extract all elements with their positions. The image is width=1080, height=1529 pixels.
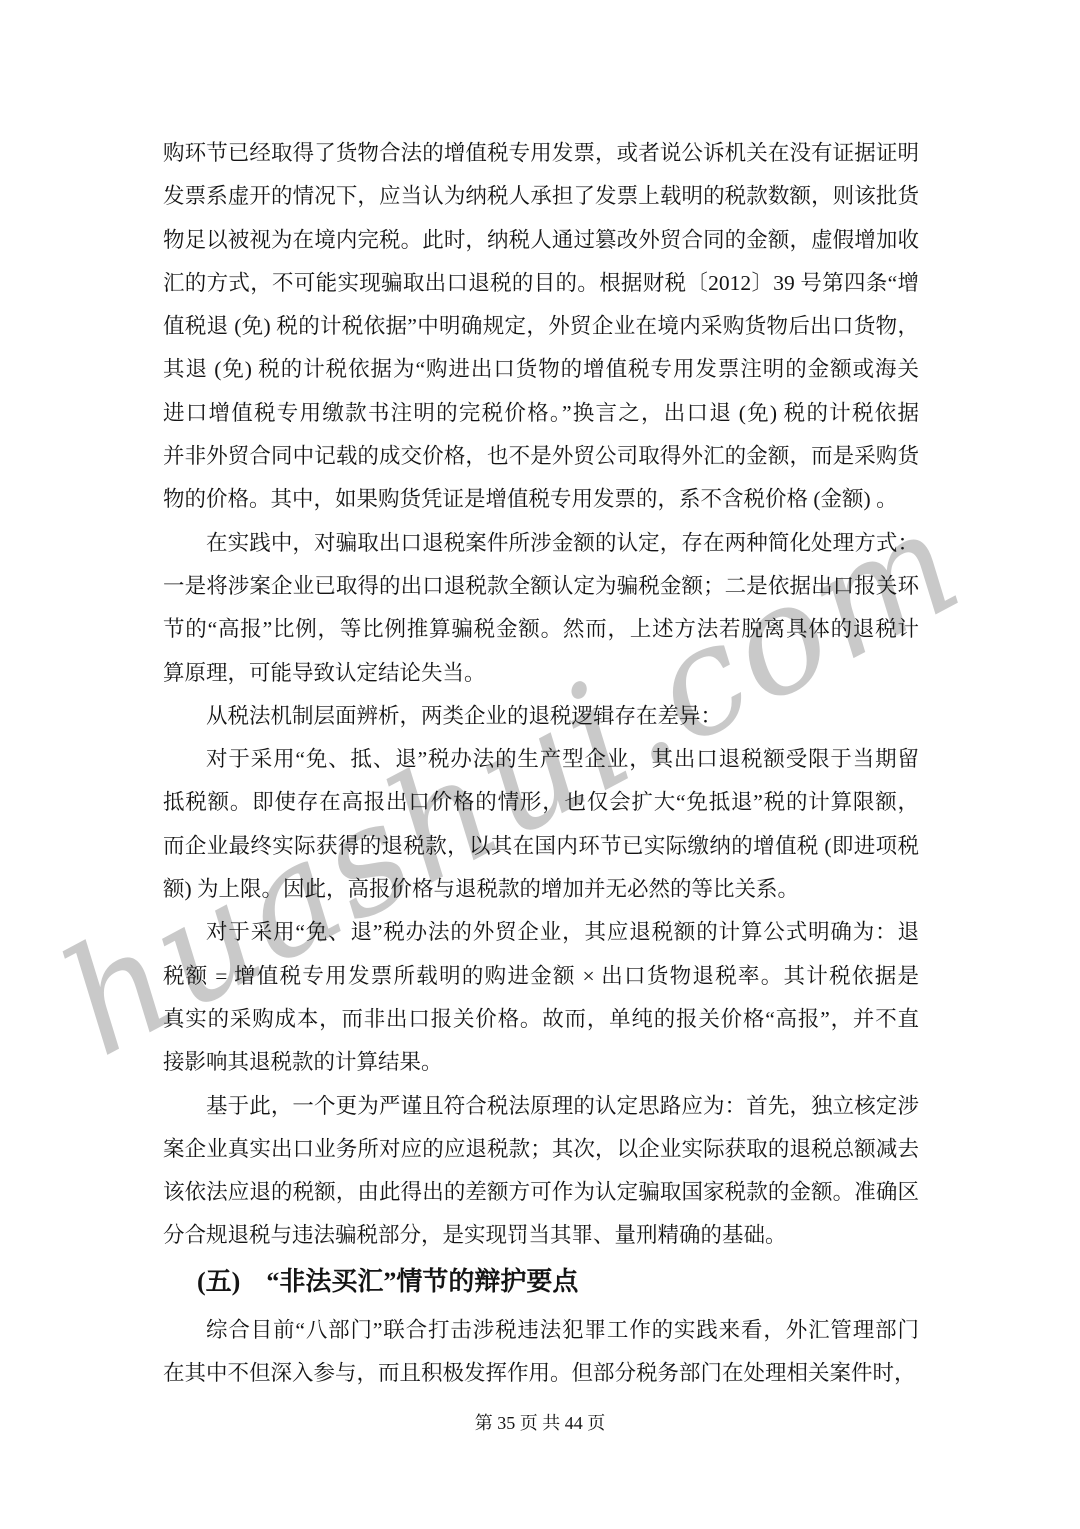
text-line: 对于采用“免、退”税办法的外贸企业，其应退税额的计算公式明确为：退 [163, 911, 919, 954]
text-line: 物足以被视为在境内完税。此时，纳税人通过篡改外贸合同的金额，虚假增加收 [163, 219, 919, 262]
text-line: 值税退 (免) 税的计税依据”中明确规定，外贸企业在境内采购货物后出口货物， [163, 305, 919, 348]
text-line: 税额 = 增值税专用发票所载明的购进金额 × 出口货物退税率。其计税依据是 [163, 955, 919, 998]
text-line: 案企业真实出口业务所对应的应退税款；其次，以企业实际获取的退税总额减去 [163, 1128, 919, 1171]
document-page: huashui.com 购环节已经取得了货物合法的增值税专用发票，或者说公诉机关… [0, 0, 1080, 1529]
text-line: 一是将涉案企业已取得的出口退税款全额认定为骗税金额；二是依据出口报关环 [163, 565, 919, 608]
text-line: 汇的方式，不可能实现骗取出口退税的目的。根据财税〔2012〕39 号第四条“增 [163, 262, 919, 305]
text-line: 购环节已经取得了货物合法的增值税专用发票，或者说公诉机关在没有证据证明 [163, 132, 919, 175]
text-line: 进口增值税专用缴款书注明的完税价格。”换言之，出口退 (免) 税的计税依据 [163, 392, 919, 435]
text-line: 基于此，一个更为严谨且符合税法原理的认定思路应为：首先，独立核定涉 [163, 1085, 919, 1128]
text-line: 节的“高报”比例，等比例推算骗税金额。然而，上述方法若脱离具体的退税计 [163, 608, 919, 651]
text-line: 抵税额。即使存在高报出口价格的情形，也仅会扩大“免抵退”税的计算限额， [163, 781, 919, 824]
document-body: 购环节已经取得了货物合法的增值税专用发票，或者说公诉机关在没有证据证明发票系虚开… [163, 132, 919, 1395]
text-line: 真实的采购成本，而非出口报关价格。故而，单纯的报关价格“高报”，并不直 [163, 998, 919, 1041]
text-line: 算原理，可能导致认定结论失当。 [163, 652, 919, 695]
text-line: 物的价格。其中，如果购货凭证是增值税专用发票的，系不含税价格 (金额) 。 [163, 478, 919, 521]
text-line: 发票系虚开的情况下，应当认为纳税人承担了发票上载明的税款数额，则该批货 [163, 175, 919, 218]
text-line: 在实践中，对骗取出口退税案件所涉金额的认定，存在两种简化处理方式： [163, 522, 919, 565]
text-line: 从税法机制层面辨析，两类企业的退税逻辑存在差异： [163, 695, 919, 738]
text-line: 接影响其退税款的计算结果。 [163, 1041, 919, 1084]
text-line: 而企业最终实际获得的退税款，以其在国内环节已实际缴纳的增值税 (即进项税 [163, 825, 919, 868]
section-heading: (五) “非法买汇”情节的辩护要点 [163, 1258, 919, 1305]
text-line: 对于采用“免、抵、退”税办法的生产型企业，其出口退税额受限于当期留 [163, 738, 919, 781]
text-line: 综合目前“八部门”联合打击涉税违法犯罪工作的实践来看，外汇管理部门 [163, 1309, 919, 1352]
text-line: 其退 (免) 税的计税依据为“购进出口货物的增值税专用发票注明的金额或海关 [163, 348, 919, 391]
text-line: 该依法应退的税额，由此得出的差额方可作为认定骗取国家税款的金额。准确区 [163, 1171, 919, 1214]
text-line: 额) 为上限。因此，高报价格与退税款的增加并无必然的等比关系。 [163, 868, 919, 911]
text-line: 分合规退税与违法骗税部分，是实现罚当其罪、量刑精确的基础。 [163, 1214, 919, 1257]
text-line: 在其中不但深入参与，而且积极发挥作用。但部分税务部门在处理相关案件时， [163, 1352, 919, 1395]
page-footer: 第 35 页 共 44 页 [0, 1410, 1080, 1436]
text-line: 并非外贸合同中记载的成交价格，也不是外贸公司取得外汇的金额，而是采购货 [163, 435, 919, 478]
